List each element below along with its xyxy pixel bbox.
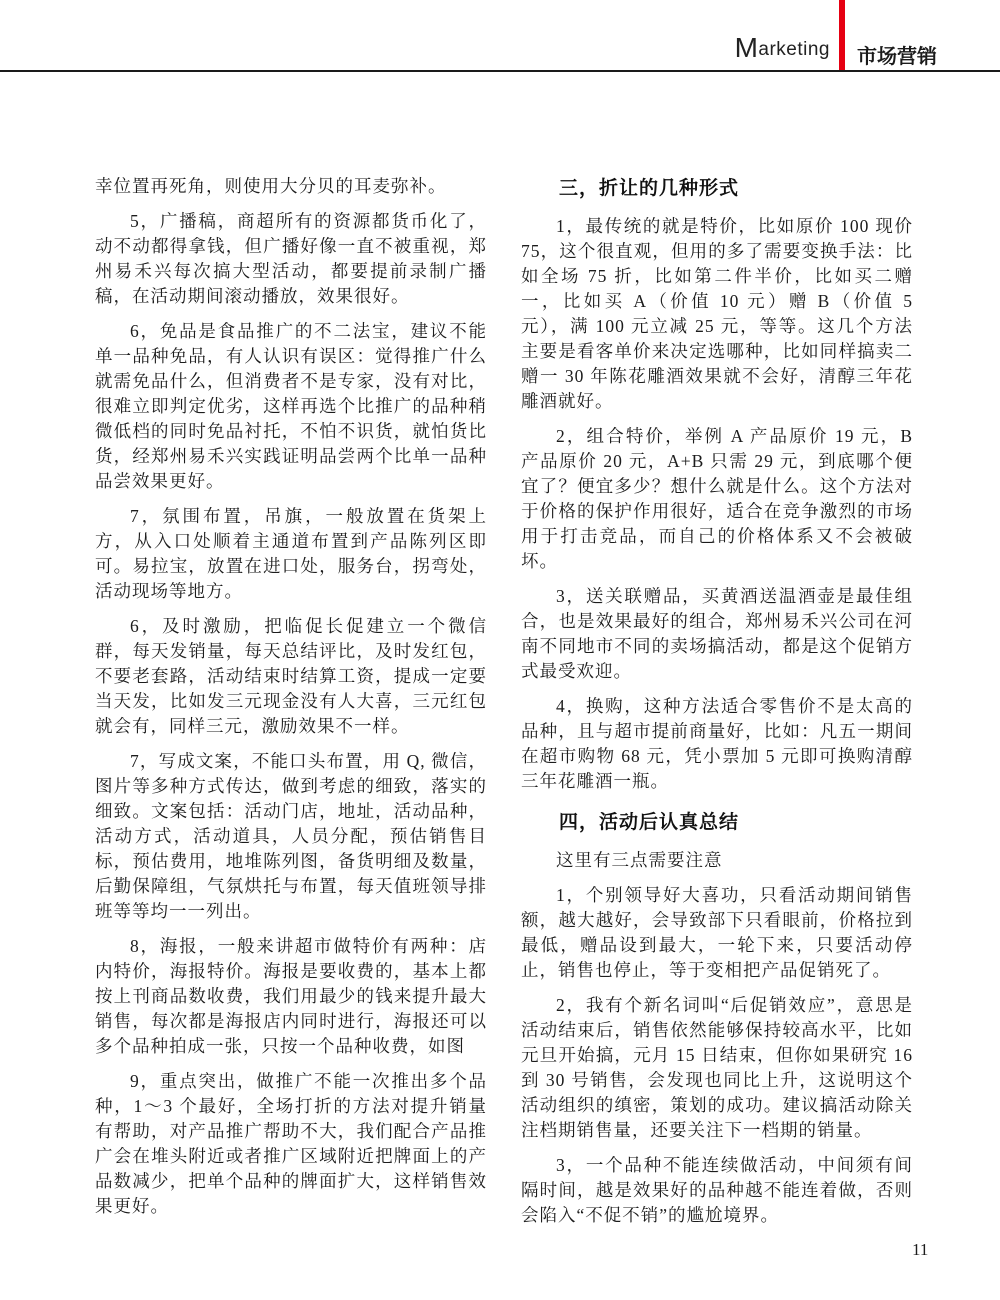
paragraph: 1，个别领导好大喜功，只看活动期间销售额，越大越好，会导致部下只看眼前，价格拉到… [521,883,913,983]
red-accent-bar [839,0,845,72]
page-number: 11 [912,1240,928,1260]
paragraph: 6，及时激励，把临促长促建立一个微信群，每天发销量，每天总结评比，及时发红包，不… [95,614,487,739]
right-column: 三，折让的几种形式 1，最传统的就是特价，比如原价 100 现价 75，这个很直… [521,174,913,1238]
paragraph: 幸位置再死角，则使用大分贝的耳麦弥补。 [95,174,487,199]
paragraph: 7，氛围布置，吊旗，一般放置在货架上方，从入口处顺着主通道布置到产品陈列区即可。… [95,504,487,604]
paragraph: 7，写成文案，不能口头布置，用 Q, 微信，图片等多种方式传达，做到考虑的细致，… [95,749,487,924]
section-heading-discount-forms: 三，折让的几种形式 [521,176,913,202]
header-rule [0,70,1000,72]
paragraph: 这里有三点需要注意 [521,848,913,873]
paragraph: 5，广播稿，商超所有的资源都货币化了，动不动都得拿钱，但广播好像一直不被重视，郑… [95,209,487,309]
paragraph: 2，组合特价，举例 A 产品原价 19 元，B 产品原价 20 元，A+B 只需… [521,424,913,574]
paragraph: 4，换购，这种方法适合零售价不是太高的品种，且与超市提前商量好，比如：凡五一期间… [521,694,913,794]
left-column: 幸位置再死角，则使用大分贝的耳麦弥补。 5，广播稿，商超所有的资源都货币化了，动… [95,174,487,1238]
paragraph: 6，免品是食品推广的不二法宝，建议不能单一品种免品，有人认识有误区：觉得推广什么… [95,319,487,494]
paragraph: 9，重点突出，做推广不能一次推出多个品种，1～3 个最好，全场打折的方法对提升销… [95,1069,487,1219]
journal-title-en-initial: M [735,32,759,63]
magazine-page: Marketing 市场营销 幸位置再死角，则使用大分贝的耳麦弥补。 5，广播稿… [0,0,1000,1300]
journal-title-en-rest: arketing [758,39,830,60]
journal-title-cn: 市场营销 [857,40,937,69]
paragraph: 8，海报，一般来讲超市做特价有两种：店内特价，海报特价。海报是要收费的，基本上都… [95,934,487,1059]
journal-title-en: Marketing [735,38,830,61]
paragraph: 3，送关联赠品，买黄酒送温酒壶是最佳组合，也是效果最好的组合，郑州易禾兴公司在河… [521,584,913,684]
paragraph: 2，我有个新名词叫“后促销效应”，意思是活动结束后，销售依然能够保持较高水平，比… [521,993,913,1143]
section-heading-post-event-summary: 四，活动后认真总结 [521,810,913,836]
paragraph: 3，一个品种不能连续做活动，中间须有间隔时间，越是效果好的品种越不能连着做，否则… [521,1153,913,1228]
paragraph: 1，最传统的就是特价，比如原价 100 现价 75，这个很直观，但用的多了需要变… [521,214,913,414]
content-area: 幸位置再死角，则使用大分贝的耳麦弥补。 5，广播稿，商超所有的资源都货币化了，动… [95,174,913,1238]
